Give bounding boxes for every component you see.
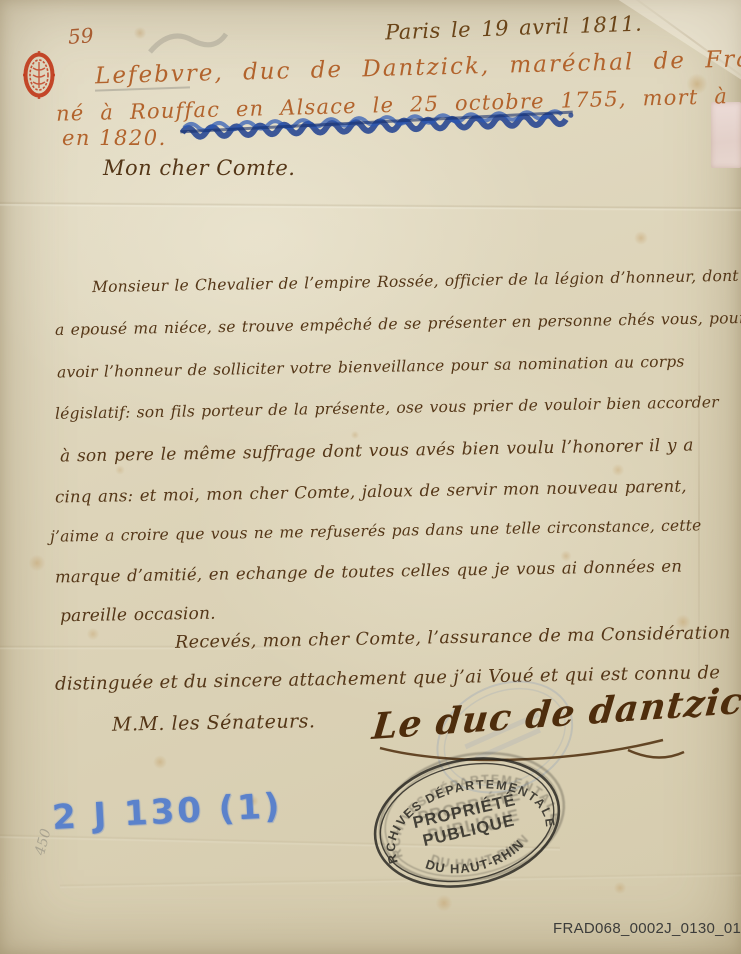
closing-line-3: M.M. les Sénateurs. <box>112 710 316 736</box>
crease-vertical-right <box>698 300 700 720</box>
pencil-mark: 450 <box>32 827 54 857</box>
body-line-1: Monsieur le Chevalier de l’empire Rossée… <box>92 266 741 296</box>
letter-scan-page: 59 Paris le 19 avril 1811. Lefebvre, duc… <box>0 0 741 954</box>
crease-horizontal-upper <box>0 201 741 211</box>
reference-code: FRAD068_0002J_0130_01 <box>553 920 741 937</box>
body-line-8: marque d’amitié, en echange de toutes ce… <box>55 557 682 587</box>
red-oval-seal-icon <box>21 50 57 100</box>
body-line-4: législatif: son fils porteur de la prése… <box>55 393 719 423</box>
shelfmark: 2 J 130 (1) <box>51 786 283 838</box>
pencil-scribble <box>148 26 228 58</box>
body-line-3: avoir l’honneur de solliciter votre bien… <box>57 353 685 382</box>
folio-number: 59 <box>67 23 94 49</box>
greeting: Mon cher Comte. <box>103 156 295 180</box>
body-line-6: cinq ans: et moi, mon cher Comte, jaloux… <box>55 476 687 506</box>
date-line: Paris le 19 avril 1811. <box>385 12 643 45</box>
body-line-7: j’aime a croire que vous ne me refuserés… <box>50 516 702 545</box>
body-line-5: à son pere le même suffrage dont vous av… <box>60 435 694 466</box>
tape-repair <box>711 102 741 168</box>
body-line-2: a epousé ma niéce, se trouve empêché de … <box>55 309 741 339</box>
body-line-9: pareille occasion. <box>60 604 216 627</box>
closing-line-1: Recevés, mon cher Comte, l’assurance de … <box>175 623 731 653</box>
annotation-line-3: en 1820. <box>62 126 167 150</box>
